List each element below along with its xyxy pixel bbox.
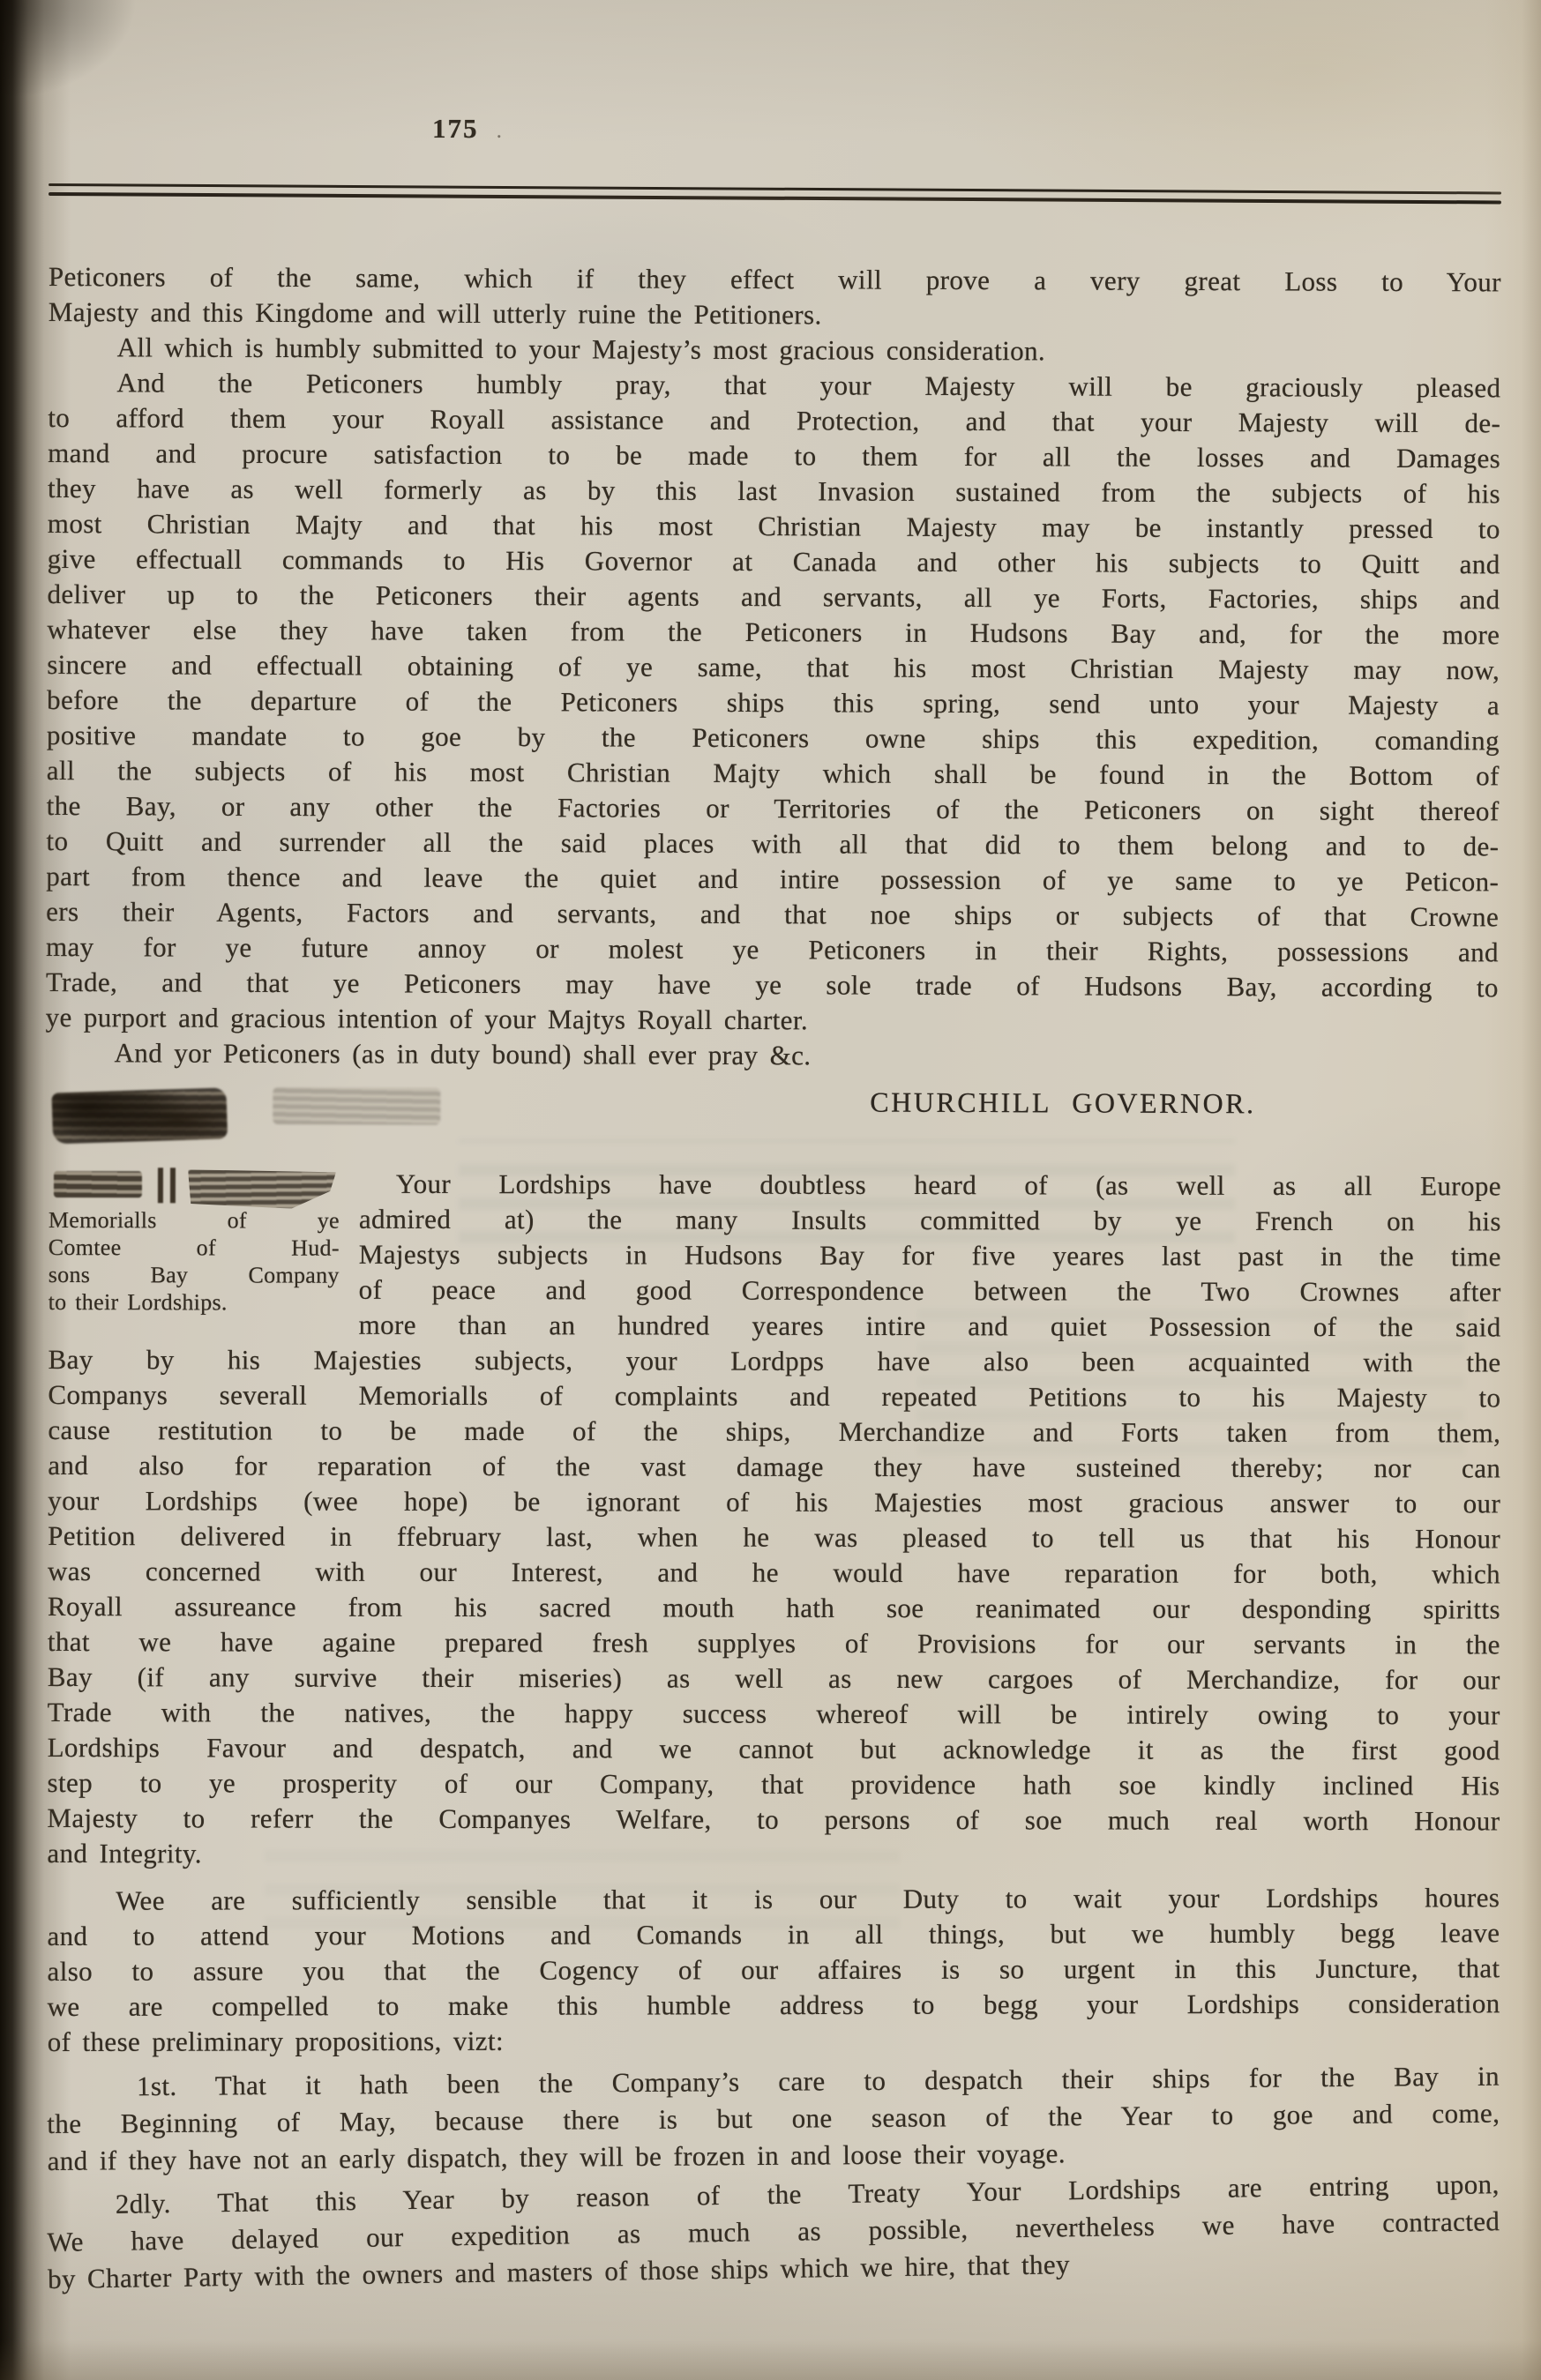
petition-section: Peticoners of the same, which if they ef… [45, 259, 1501, 1145]
text-line: sincere and effectuall obtaining of ye s… [47, 647, 1500, 688]
paragraph-proposition-1st: 1st. That it hath been the Company’s car… [47, 2058, 1500, 2180]
text-line: of these preliminary propositions, vizt: [48, 2021, 1500, 2060]
text-line: Bay by his Majesties subjects, your Lord… [48, 1342, 1500, 1380]
text-line: And the Peticoners humbly pray, that you… [48, 365, 1500, 406]
margin-note-block: Memorialls of yeComtee of Hud-sons Bay C… [49, 1166, 359, 1339]
text-line: and to attend your Motions and Comands i… [47, 1915, 1500, 1954]
memorial-section: Memorialls of yeComtee of Hud-sons Bay C… [46, 1166, 1501, 2301]
text-line: sons Bay Company [49, 1261, 340, 1289]
text-line: Majesty to referr the Companyes Welfare,… [47, 1801, 1500, 1839]
page-number: 175 [432, 113, 479, 144]
rule-line-bottom [49, 192, 1501, 204]
text-line: step to ye prosperity of our Company, th… [47, 1765, 1500, 1803]
text-line: cause restitution to be made of the ship… [48, 1413, 1500, 1451]
text-line: Petition delivered in ffebruary last, wh… [48, 1518, 1500, 1556]
paragraph-submission: All which is humbly submitted to your Ma… [49, 330, 1501, 370]
text-line: All which is humbly submitted to your Ma… [49, 330, 1501, 370]
text-line: Majesty and this Kingdome and will utter… [49, 295, 1501, 335]
text-line: give effectuall commands to His Governor… [48, 541, 1500, 582]
text-line: the Bay, or any other the Factories or T… [47, 788, 1500, 829]
paragraph-continuation: Peticoners of the same, which if they ef… [49, 259, 1501, 335]
text-line: Wee are sufficiently sensible that it is… [47, 1880, 1500, 1919]
text-line: Memorialls of ye [49, 1206, 340, 1235]
ink-stamp-smudge [51, 1087, 228, 1144]
text-line: and Integrity. [47, 1836, 1500, 1874]
text-line: they have as well formerly as by this la… [48, 471, 1500, 511]
text-line: and also for reparation of the vast dama… [48, 1448, 1500, 1486]
text-line: most Christian Majty and that his most C… [48, 506, 1500, 547]
paragraph-duty: Wee are sufficiently sensible that it is… [47, 1880, 1500, 2060]
text-line: that we have againe prepared fresh suppl… [48, 1624, 1500, 1662]
ink-stamp-faint [273, 1087, 440, 1125]
text-line: Lordships Favour and despatch, and we ca… [48, 1730, 1500, 1768]
text-line: ers their Agents, Factors and servants, … [46, 894, 1499, 935]
text-line: before the departure of the Peticoners s… [47, 683, 1500, 723]
text-line: ye purport and gracious intention of you… [46, 1000, 1499, 1041]
text-line: Peticoners of the same, which if they ef… [49, 259, 1501, 300]
text-line: Trade, and that ye Peticoners may have y… [46, 965, 1499, 1005]
text-line: may for ye future annoy or molest ye Pet… [46, 929, 1499, 970]
text-line: And yor Peticoners (as in duty bound) sh… [45, 1035, 1498, 1076]
text-line: Bay (if any survive their miseries) as w… [48, 1660, 1500, 1697]
paragraph-proposition-2dly: 2dly. That this Year by reason of the Tr… [47, 2166, 1501, 2298]
ink-stamp-smudge [158, 1168, 181, 1203]
text-line: Trade with the natives, the happy succes… [48, 1695, 1500, 1733]
signature-row: CHURCHILL GOVERNOR. [45, 1071, 1498, 1145]
text-line: deliver up to the Peticoners their agent… [47, 577, 1500, 617]
text-line: we are compelled to make this humble add… [48, 1986, 1500, 2025]
bottom-edge-shade [0, 2339, 1541, 2380]
text-line: was concerned with our Interest, and he … [48, 1554, 1500, 1592]
ink-stamp-smudge [188, 1169, 336, 1208]
page-header: 175 . [49, 113, 1501, 148]
text-line: whatever else they have taken from the P… [47, 612, 1500, 653]
stamp-row [49, 1166, 359, 1207]
text-line: Comtee of Hud- [49, 1234, 340, 1262]
text-line: also to assure you that the Cogency of o… [47, 1951, 1500, 1989]
ink-speck: . [497, 117, 503, 143]
text-line: your Lordships (wee hope) be ignorant of… [48, 1483, 1500, 1521]
paragraph-closing: And yor Peticoners (as in duty bound) sh… [45, 1035, 1498, 1076]
double-rule [49, 183, 1501, 204]
margin-note: Memorialls of yeComtee of Hud-sons Bay C… [49, 1206, 340, 1317]
scanned-book-page: 175 . Peticoners of the same, which if t… [0, 0, 1541, 2380]
text-line: to their Lordships. [49, 1288, 340, 1317]
text-line: part from thence and leave the quiet and… [46, 859, 1499, 899]
paragraph-prayer: And the Peticoners humbly pray, that you… [46, 365, 1501, 1041]
signature-churchill-governor: CHURCHILL GOVERNOR. [870, 1086, 1255, 1121]
ink-stamp-smudge [54, 1171, 142, 1197]
text-line: positive mandate to goe by the Peticoner… [47, 718, 1500, 758]
text-line: mand and procure satisfaction to be made… [48, 436, 1500, 476]
text-line: Royall assureance from his sacred mouth … [48, 1589, 1500, 1627]
page-content: 175 . Peticoners of the same, which if t… [49, 62, 1501, 2298]
text-line: to afford them your Royall assistance an… [48, 400, 1500, 441]
text-line: Companys severall Memorialls of complain… [48, 1377, 1500, 1415]
text-line: to Quitt and surrender all the said plac… [46, 824, 1499, 864]
text-line: all the subjects of his most Christian M… [47, 753, 1500, 794]
